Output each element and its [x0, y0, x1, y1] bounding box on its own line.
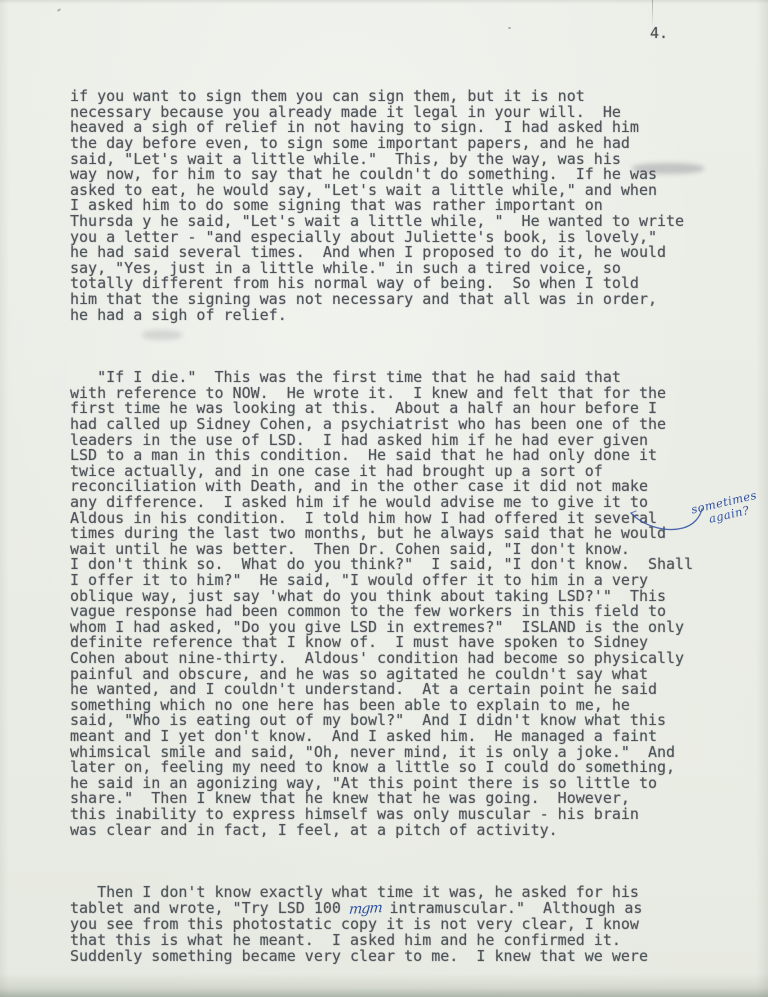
scanned-letter-page: 4. if you want to sign them you can sign…: [0, 0, 768, 997]
paper-speck: [57, 8, 61, 12]
handwritten-dose-insert: mgm: [348, 901, 382, 918]
paragraph-1: if you want to sign them you can sign th…: [70, 89, 720, 323]
ink-smudge: [632, 163, 704, 174]
paragraph-2: "If I die." This was the first time that…: [70, 370, 720, 838]
paper-crease: [652, 0, 653, 28]
ink-smudge: [142, 330, 182, 340]
paper-speck: [508, 27, 511, 29]
typed-text-body: if you want to sign them you can sign th…: [70, 58, 720, 995]
paragraph-3: Then I don't know exactly what time it w…: [70, 885, 720, 964]
